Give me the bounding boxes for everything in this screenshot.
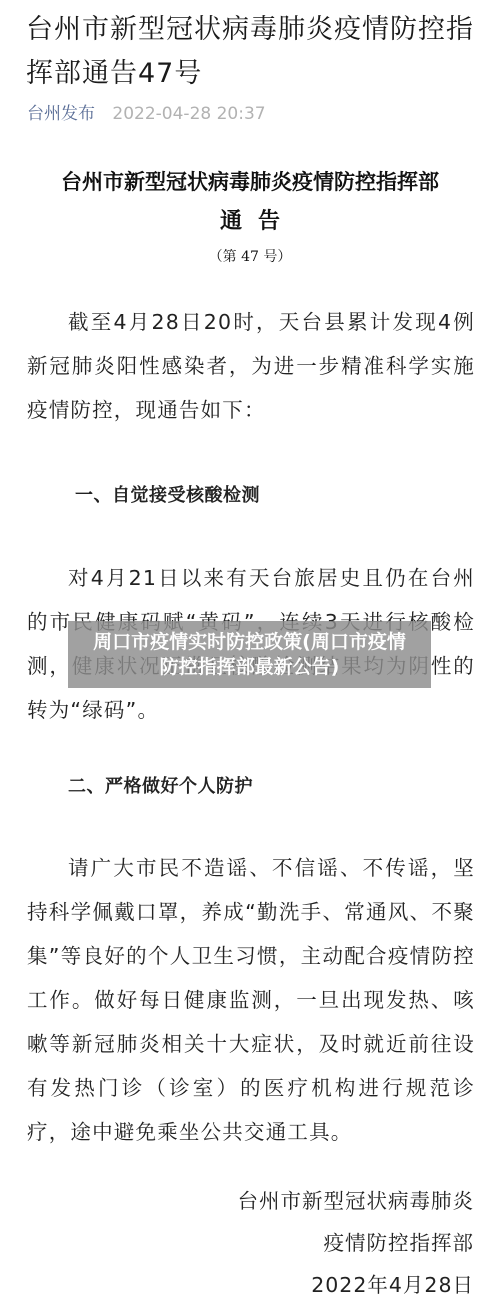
document-number: （第 47 号） xyxy=(0,246,500,266)
signature-date: 2022年4月28日 xyxy=(311,1264,474,1306)
publish-date: 2022-04-28 20:37 xyxy=(112,104,265,124)
article-meta: 台州发布 2022-04-28 20:37 xyxy=(27,102,266,126)
section-heading-1: 一、自觉接受核酸检测 xyxy=(75,481,260,507)
signature-org-line2: 疫情防控指挥部 xyxy=(324,1222,475,1264)
signature-org-line1: 台州市新型冠状病毒肺炎 xyxy=(238,1180,475,1222)
overlay-caption-text: 周口市疫情实时防控政策(周口市疫情防控指挥部最新公告) xyxy=(90,630,410,680)
article-title: 台州市新型冠状病毒肺炎疫情防控指挥部通告47号 xyxy=(26,8,476,96)
document-type: 通告 xyxy=(0,204,500,235)
document-header: 台州市新型冠状病毒肺炎疫情防控指挥部 xyxy=(0,166,500,196)
caption-overlay: 周口市疫情实时防控政策(周口市疫情防控指挥部最新公告) xyxy=(68,621,431,688)
author-link[interactable]: 台州发布 xyxy=(27,104,95,124)
section-body-2: 请广大市民不造谣、不信谣、不传谣，坚持科学佩戴口罩，养成“勤洗手、常通风、不聚集… xyxy=(27,846,475,1154)
intro-paragraph: 截至4月28日20时，天台县累计发现4例新冠肺炎阳性感染者，为进一步精准科学实施… xyxy=(27,300,475,432)
section-heading-2: 二、严格做好个人防护 xyxy=(68,772,253,798)
